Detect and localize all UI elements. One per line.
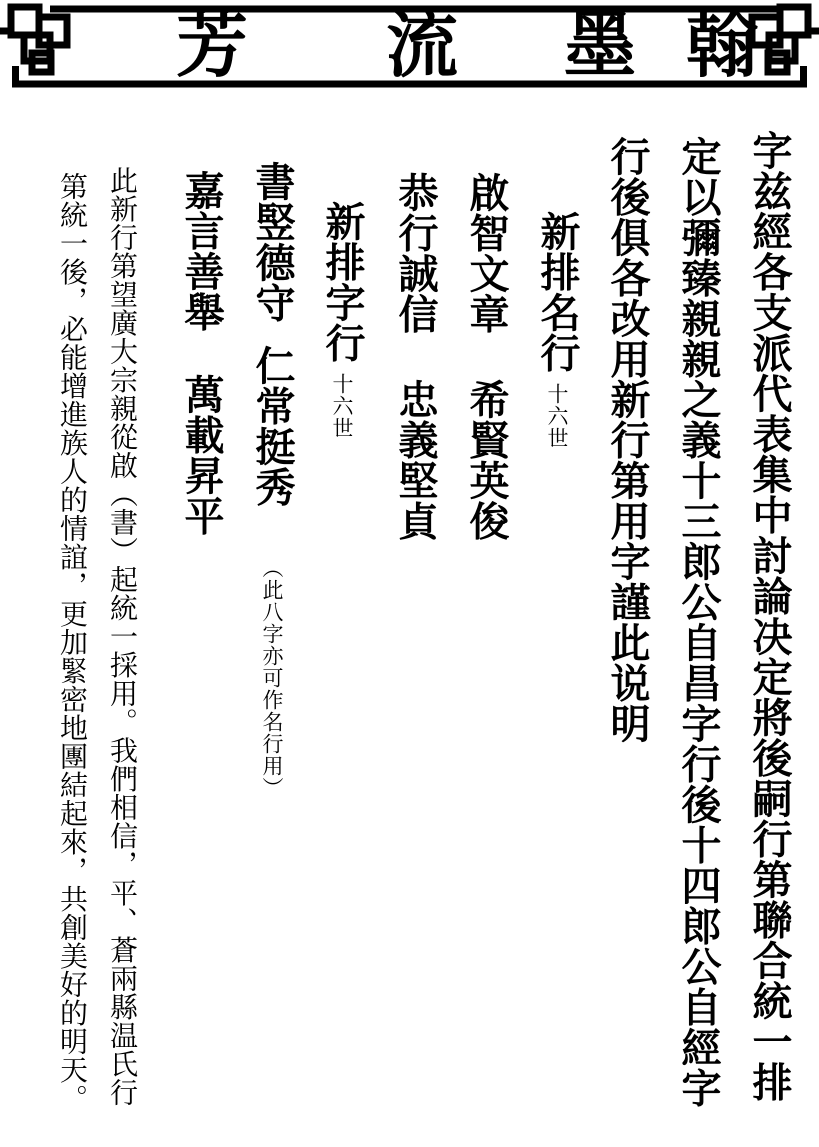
- column-8-group-2: 仁常挺秀: [250, 345, 295, 507]
- column-5-group-2: 希賢英俊: [464, 379, 509, 541]
- text-column-2: 定以彌臻親親之義十三郎公自昌字行後十四郎公自經字: [678, 136, 718, 1108]
- column-9-group-1: 嘉言善舉: [179, 170, 224, 332]
- column-8-note-parenthetical: （此八字亦可作名行用）: [260, 557, 284, 799]
- text-column-4: 新排名行十六世: [537, 211, 577, 449]
- text-column-3: 行後俱各改用新行第用字謹此说明: [607, 136, 647, 744]
- title-banner: 芳 流 墨 翰: [0, 0, 819, 108]
- text-column-1: 字兹經各支派代表集中討論决定將後嗣行第聯合統一排: [749, 130, 789, 1102]
- column-7-heading: 新排字行: [320, 201, 365, 363]
- text-column-6: 恭行誠信忠義堅貞: [395, 172, 435, 541]
- banner-char-fang: 芳: [174, 8, 250, 84]
- column-3-text: 行後俱各改用新行第用字謹此说明: [605, 136, 650, 744]
- column-4-heading: 新排名行: [535, 211, 580, 373]
- column-5-group-1: 啟智文章: [464, 172, 509, 334]
- text-column-8: 書竪德守仁常挺秀（此八字亦可作名行用）: [252, 161, 292, 799]
- column-10-text: 此新行第望廣大宗親從啟（書）起統一採用。我們相信，平、蒼兩縣温氏行: [106, 166, 137, 1107]
- text-column-7: 新排字行十六世: [322, 201, 362, 439]
- banner-char-han: 翰: [684, 8, 760, 84]
- document-page: 芳 流 墨 翰 字兹經各支派代表集中討論决定將後嗣行第聯合統一排 定以彌臻親親之…: [0, 0, 819, 1147]
- column-7-note-generation: 十六世: [330, 373, 354, 439]
- right-knot-ornament: [752, 7, 819, 72]
- text-column-5: 啟智文章希賢英俊: [466, 172, 506, 541]
- column-1-text: 字兹經各支派代表集中討論决定將後嗣行第聯合統一排: [747, 130, 792, 1102]
- text-column-11: 第統一後，必能增進族人的情誼，更加緊密地團結起來，共創美好的明天。: [57, 172, 85, 1113]
- banner-char-mo: 墨: [562, 8, 638, 84]
- column-9-group-2: 萬載昇平: [179, 374, 224, 536]
- column-6-group-2: 忠義堅貞: [393, 379, 438, 541]
- column-2-text: 定以彌臻親親之義十三郎公自昌字行後十四郎公自經字: [676, 136, 721, 1108]
- left-knot-ornament: [0, 7, 67, 72]
- column-11-text: 第統一後，必能增進族人的情誼，更加緊密地團結起來，共創美好的明天。: [56, 172, 87, 1113]
- column-6-group-1: 恭行誠信: [393, 172, 438, 334]
- text-column-10: 此新行第望廣大宗親從啟（書）起統一採用。我們相信，平、蒼兩縣温氏行: [107, 166, 135, 1107]
- banner-char-liu: 流: [384, 8, 460, 84]
- text-column-9: 嘉言善舉萬載昇平: [181, 170, 221, 536]
- column-4-note-generation: 十六世: [545, 383, 569, 449]
- column-8-group-1: 書竪德守: [250, 161, 295, 323]
